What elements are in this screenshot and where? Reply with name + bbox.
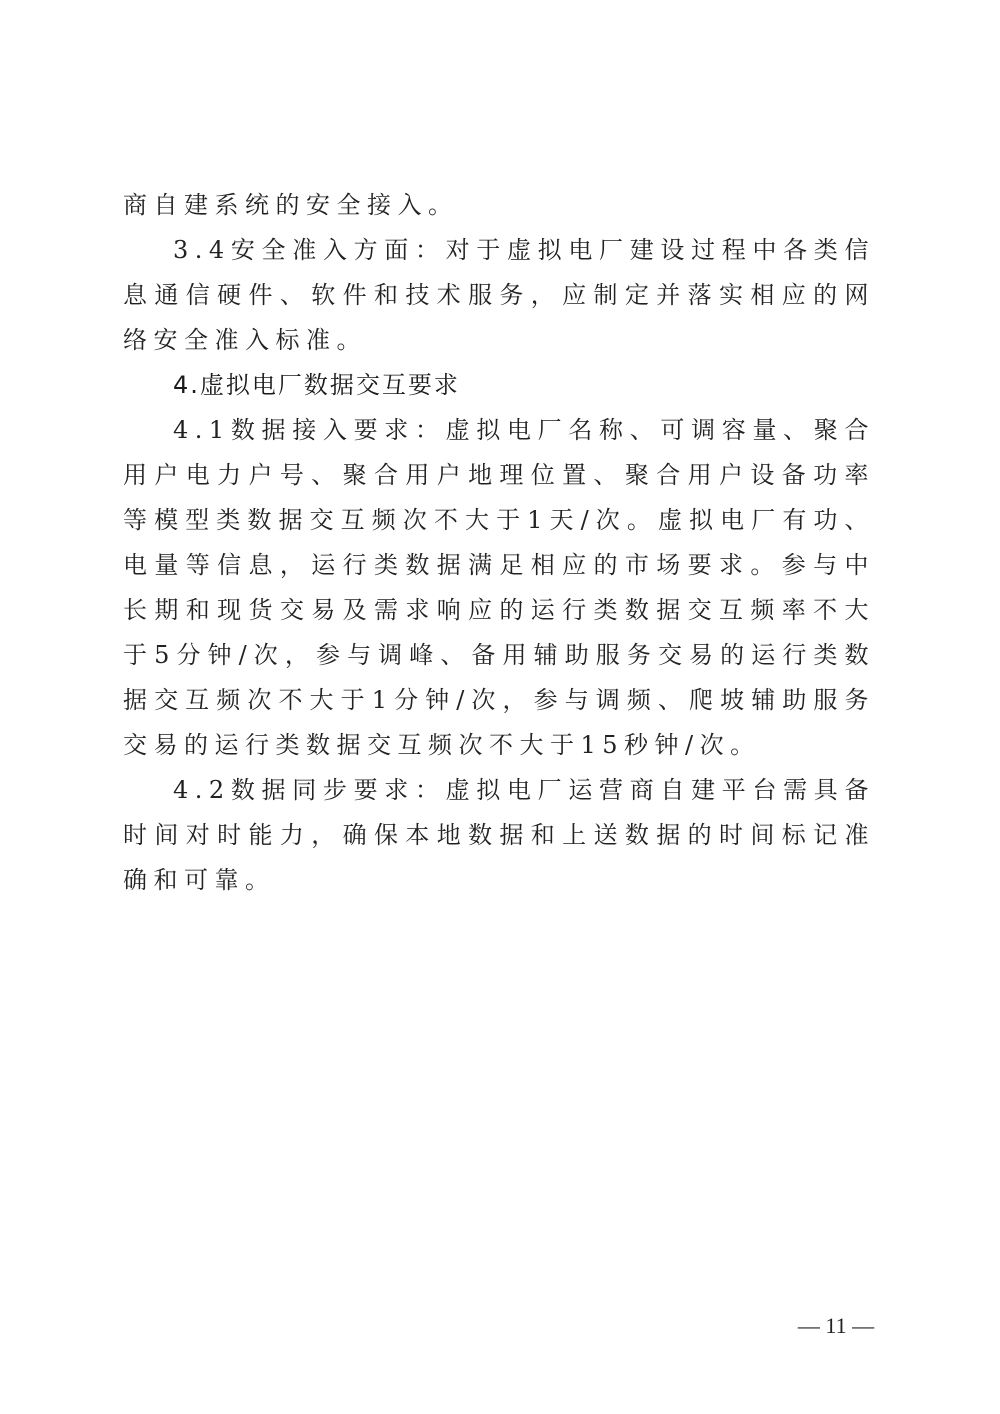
- paragraph-continuation: 商自建系统的安全接入。: [123, 183, 875, 228]
- paragraph-4-2-data-sync: 4.2数据同步要求：虚拟电厂运营商自建平台需具备时间对时能力，确保本地数据和上送…: [123, 768, 875, 903]
- paragraph-3-4-security-access: 3.4安全准入方面：对于虚拟电厂建设过程中各类信息通信硬件、软件和技术服务，应制…: [123, 228, 875, 363]
- page-number: — 11 —: [790, 1313, 882, 1339]
- document-body: 商自建系统的安全接入。 3.4安全准入方面：对于虚拟电厂建设过程中各类信息通信硬…: [123, 183, 875, 903]
- document-page: 商自建系统的安全接入。 3.4安全准入方面：对于虚拟电厂建设过程中各类信息通信硬…: [0, 0, 1000, 1414]
- paragraph-4-1-data-access: 4.1数据接入要求：虚拟电厂名称、可调容量、聚合用户电力户号、聚合用户地理位置、…: [123, 408, 875, 768]
- section-heading-4: 4.虚拟电厂数据交互要求: [123, 363, 875, 408]
